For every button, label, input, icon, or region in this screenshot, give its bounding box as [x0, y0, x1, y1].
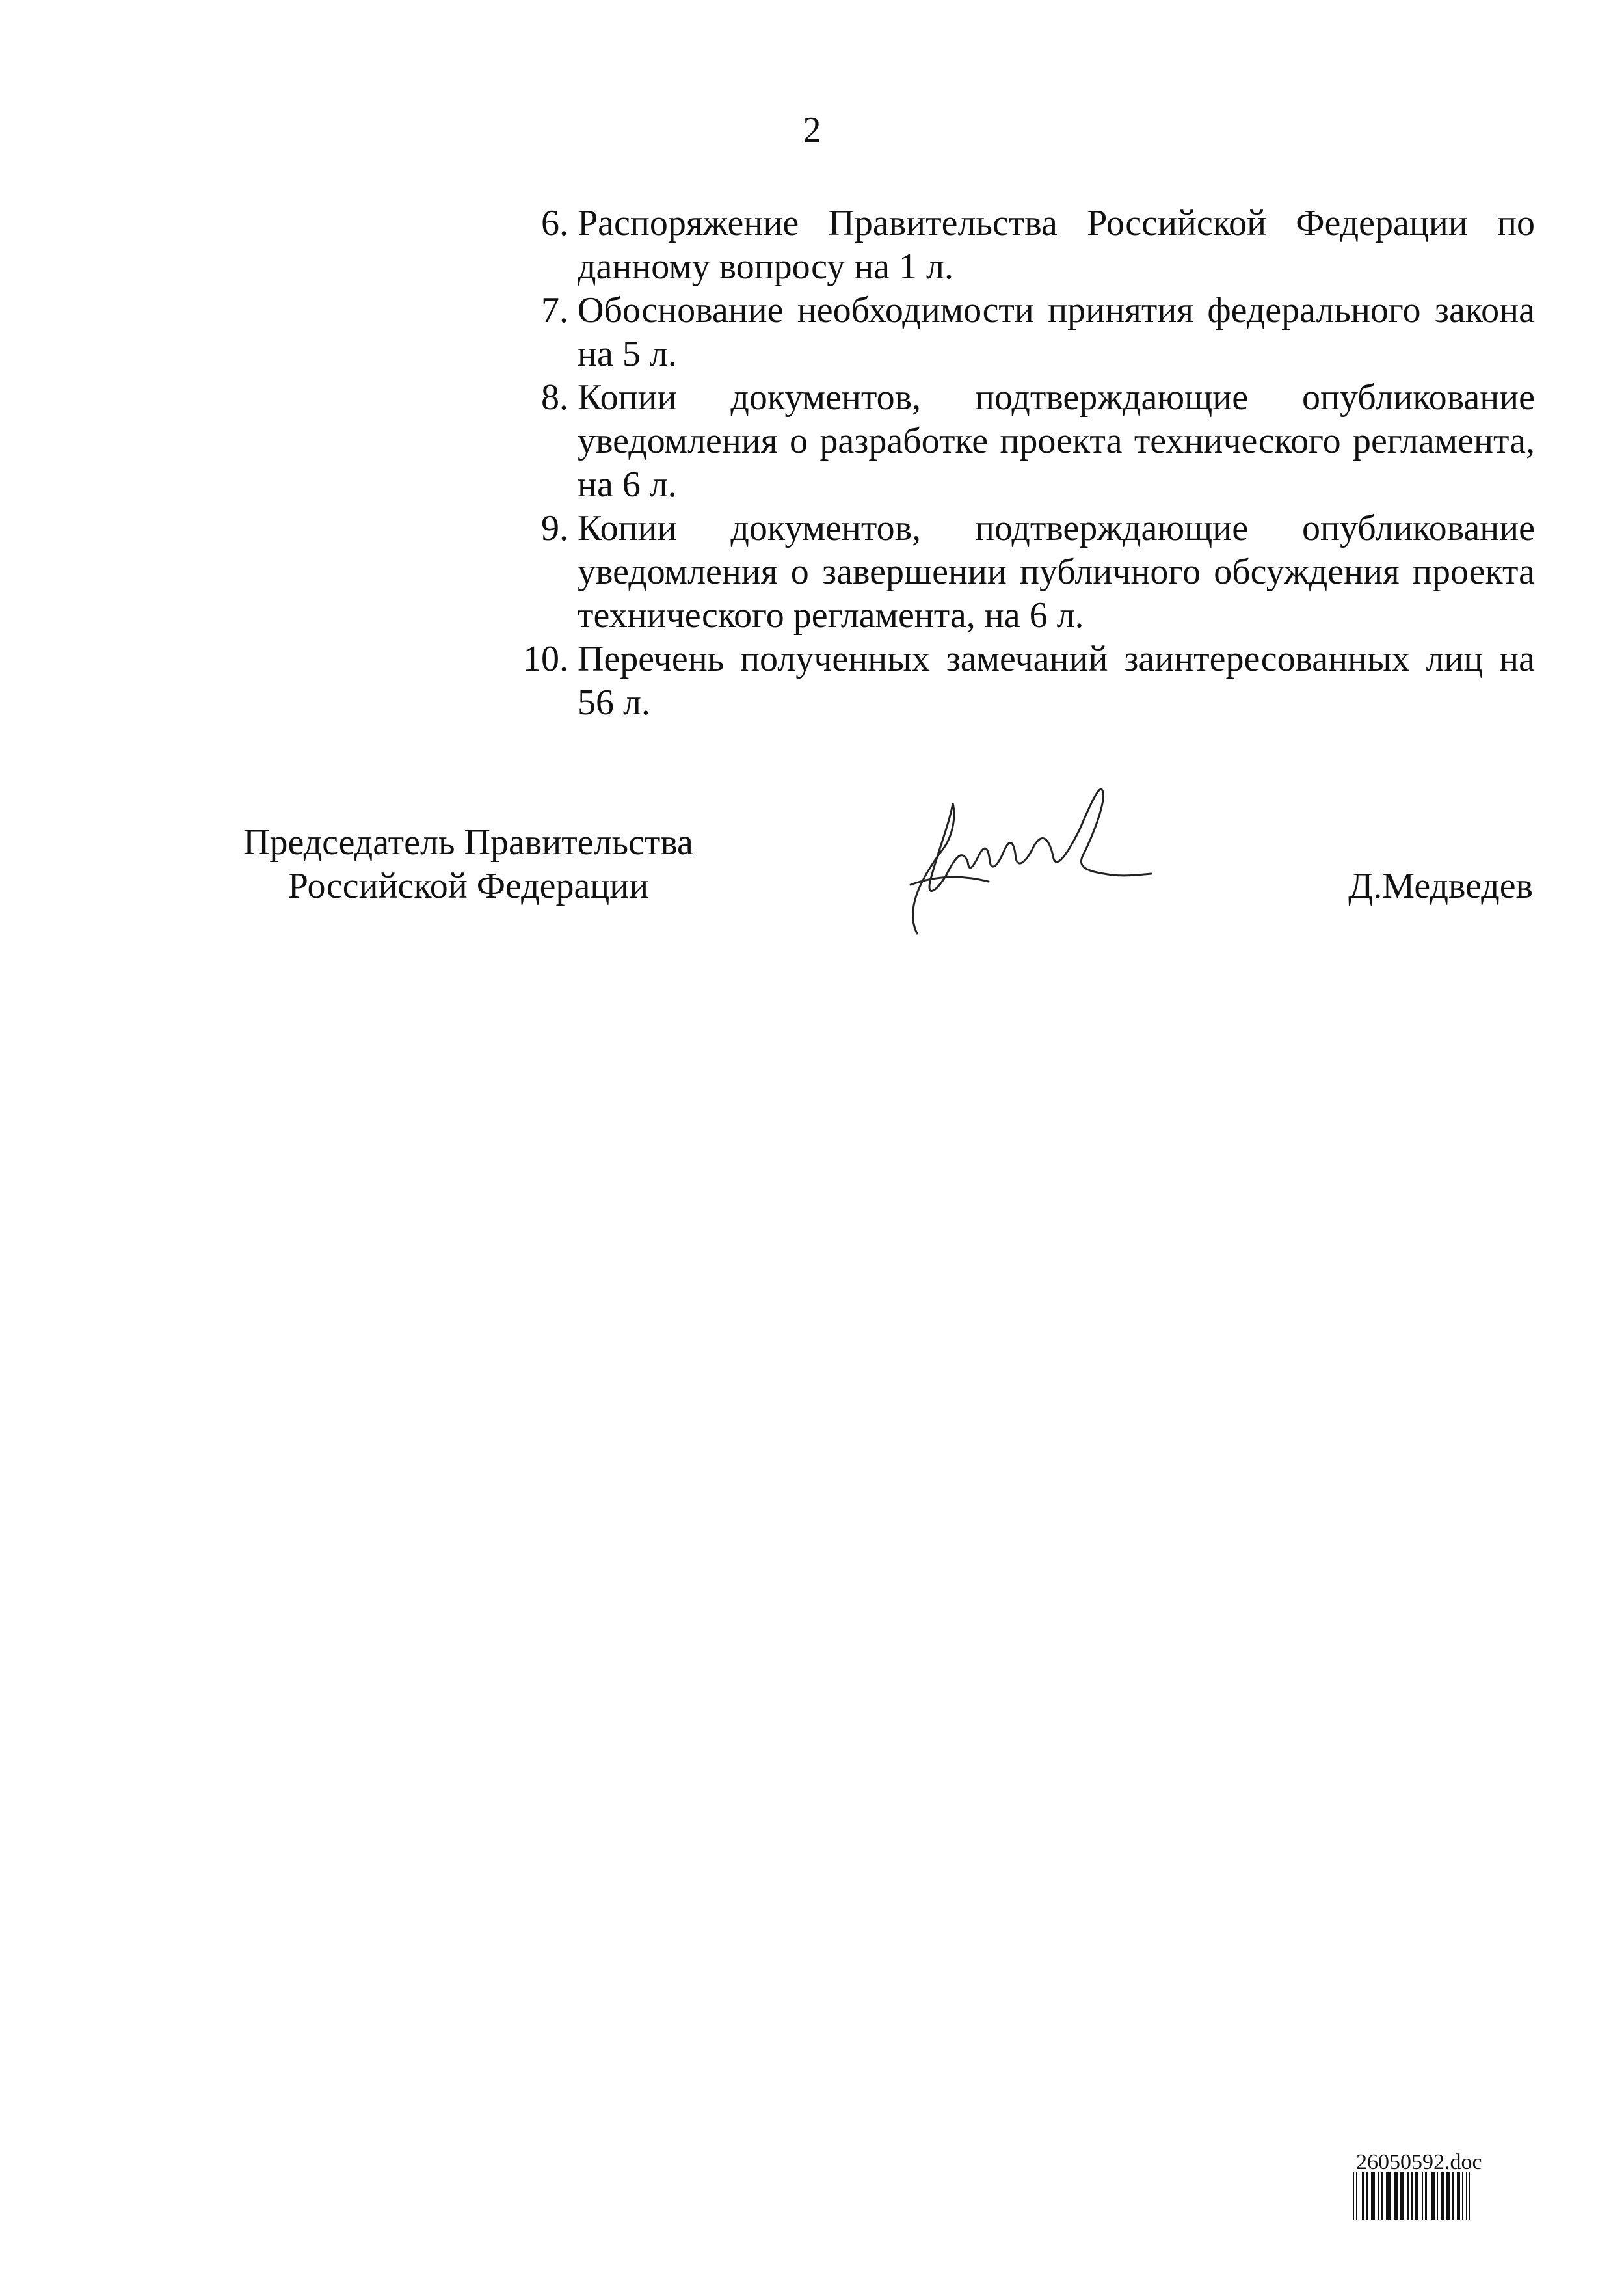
attachment-text: Распоряжение Правительства Российской Фе…	[578, 202, 1535, 289]
attachment-number: 6.	[501, 202, 578, 289]
attachment-text: Копии документов, подтверждающие опублик…	[578, 507, 1535, 638]
attachments-list: 6. Распоряжение Правительства Российской…	[501, 202, 1535, 725]
signatory-title: Председатель Правительства Российской Фе…	[221, 821, 715, 908]
page-number: 2	[0, 109, 1624, 151]
attachment-item-8: 8. Копии документов, подтверждающие опуб…	[501, 376, 1535, 507]
attachment-text: Копии документов, подтверждающие опублик…	[578, 376, 1535, 507]
signatory-title-line1: Председатель Правительства	[221, 821, 715, 865]
attachment-number: 9.	[501, 507, 578, 638]
attachment-item-10: 10. Перечень полученных замечаний заинте…	[501, 638, 1535, 725]
attachment-item-9: 9. Копии документов, подтверждающие опуб…	[501, 507, 1535, 638]
attachment-item-7: 7. Обоснование необходимости принятия фе…	[501, 289, 1535, 376]
signatory-name: Д.Медведев	[1348, 865, 1533, 908]
attachment-number: 10.	[501, 638, 578, 725]
signatory-title-line2: Российской Федерации	[221, 865, 715, 908]
barcode-icon	[1353, 2172, 1499, 2220]
handwritten-signature-icon	[865, 777, 1203, 940]
attachment-item-6: 6. Распоряжение Правительства Российской…	[501, 202, 1535, 289]
attachment-text: Обоснование необходимости принятия федер…	[578, 289, 1535, 376]
attachment-number: 8.	[501, 376, 578, 507]
attachment-text: Перечень полученных замечаний заинтересо…	[578, 638, 1535, 725]
attachment-number: 7.	[501, 289, 578, 376]
